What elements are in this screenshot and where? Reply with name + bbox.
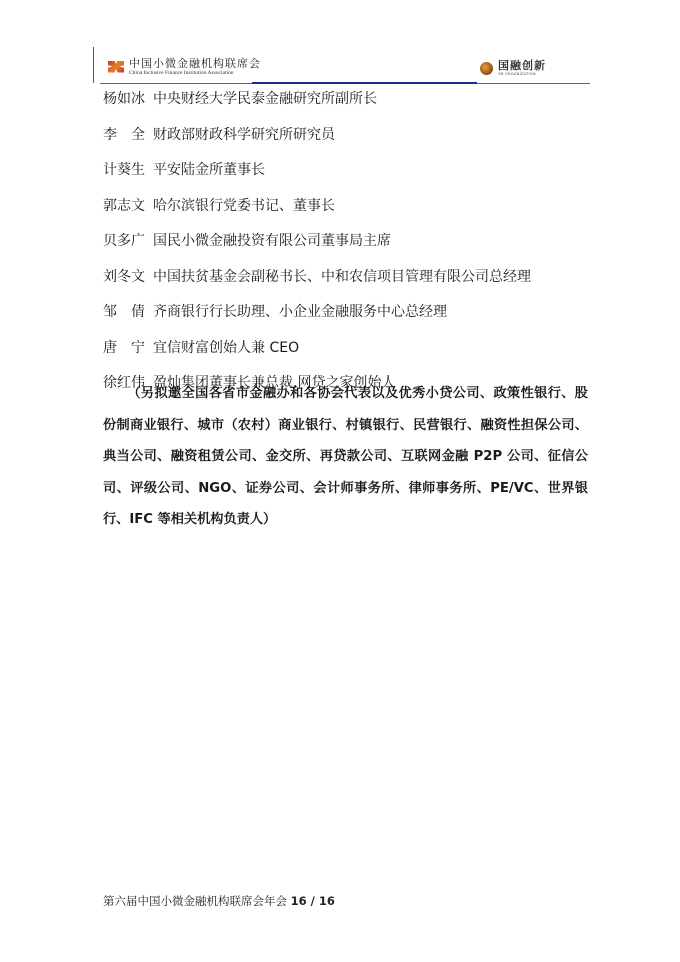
cifia-logo-en: China Inclusive Finance Institution Asso…	[129, 70, 261, 77]
guest-title: 中央财经大学民泰金融研究所副所长	[153, 89, 377, 109]
guest-name: 唐 宁	[103, 338, 145, 358]
guest-name: 杨如冰	[103, 89, 145, 109]
cifia-logo-cn: 中国小微金融机构联席会	[129, 58, 261, 70]
guest-name: 刘冬文	[103, 267, 145, 287]
invitation-note-text: （另拟邀全国各省市金融办和各协会代表以及优秀小贷公司、政策性银行、股份制商业银行…	[103, 386, 588, 527]
guest-title: 中国扶贫基金会副秘书长、中和农信项目管理有限公司总经理	[153, 267, 531, 287]
guest-title: 财政部财政科学研究所研究员	[153, 125, 335, 145]
page-number: 16 / 16	[291, 894, 335, 908]
guest-entry: 计葵生平安陆金所董事长	[103, 160, 603, 196]
invitation-note: （另拟邀全国各省市金融办和各协会代表以及优秀小贷公司、政策性银行、股份制商业银行…	[103, 378, 588, 536]
guest-entry: 唐 宁 宜信财富创始人兼 CEO	[103, 338, 603, 374]
guest-title: 宜信财富创始人兼 CEO	[153, 338, 299, 358]
guorong-logo-icon	[480, 62, 493, 75]
cifia-logo-icon	[108, 61, 124, 75]
guest-name: 李 全	[103, 125, 145, 145]
guest-entry: 郭志文 哈尔滨银行党委书记、董事长	[103, 196, 603, 232]
guest-entry: 贝多广国民小微金融投资有限公司董事局主席	[103, 231, 603, 267]
header-rule-accent	[252, 82, 477, 84]
cifia-logo: 中国小微金融机构联席会 China Inclusive Finance Inst…	[108, 58, 261, 77]
guest-title: 平安陆金所董事长	[153, 160, 265, 180]
page-footer: 第六届中国小微金融机构联席会年会 16 / 16	[103, 893, 335, 909]
guest-name: 郭志文	[103, 196, 145, 216]
guest-name: 邹 倩	[103, 302, 145, 322]
guorong-logo: 国融创新 GR ORGANIZATION	[480, 60, 546, 77]
guorong-logo-cn: 国融创新	[498, 60, 546, 72]
guest-entry: 邹 倩齐商银行行长助理、小企业金融服务中心总经理	[103, 302, 603, 338]
guest-title: 齐商银行行长助理、小企业金融服务中心总经理	[153, 302, 447, 322]
header-divider-vertical	[93, 47, 94, 83]
guest-entry: 李 全财政部财政科学研究所研究员	[103, 125, 603, 161]
guest-title: 哈尔滨银行党委书记、董事长	[153, 196, 335, 216]
footer-title: 第六届中国小微金融机构联席会年会	[103, 894, 287, 908]
guest-name: 贝多广	[103, 231, 145, 251]
guest-list: 杨如冰中央财经大学民泰金融研究所副所长 李 全财政部财政科学研究所研究员 计葵生…	[103, 89, 603, 409]
guest-title: 国民小微金融投资有限公司董事局主席	[153, 231, 391, 251]
guest-entry: 刘冬文中国扶贫基金会副秘书长、中和农信项目管理有限公司总经理	[103, 267, 603, 303]
guest-name: 计葵生	[103, 160, 145, 180]
guest-entry: 杨如冰中央财经大学民泰金融研究所副所长	[103, 89, 603, 125]
guorong-logo-en: GR ORGANIZATION	[498, 72, 546, 77]
